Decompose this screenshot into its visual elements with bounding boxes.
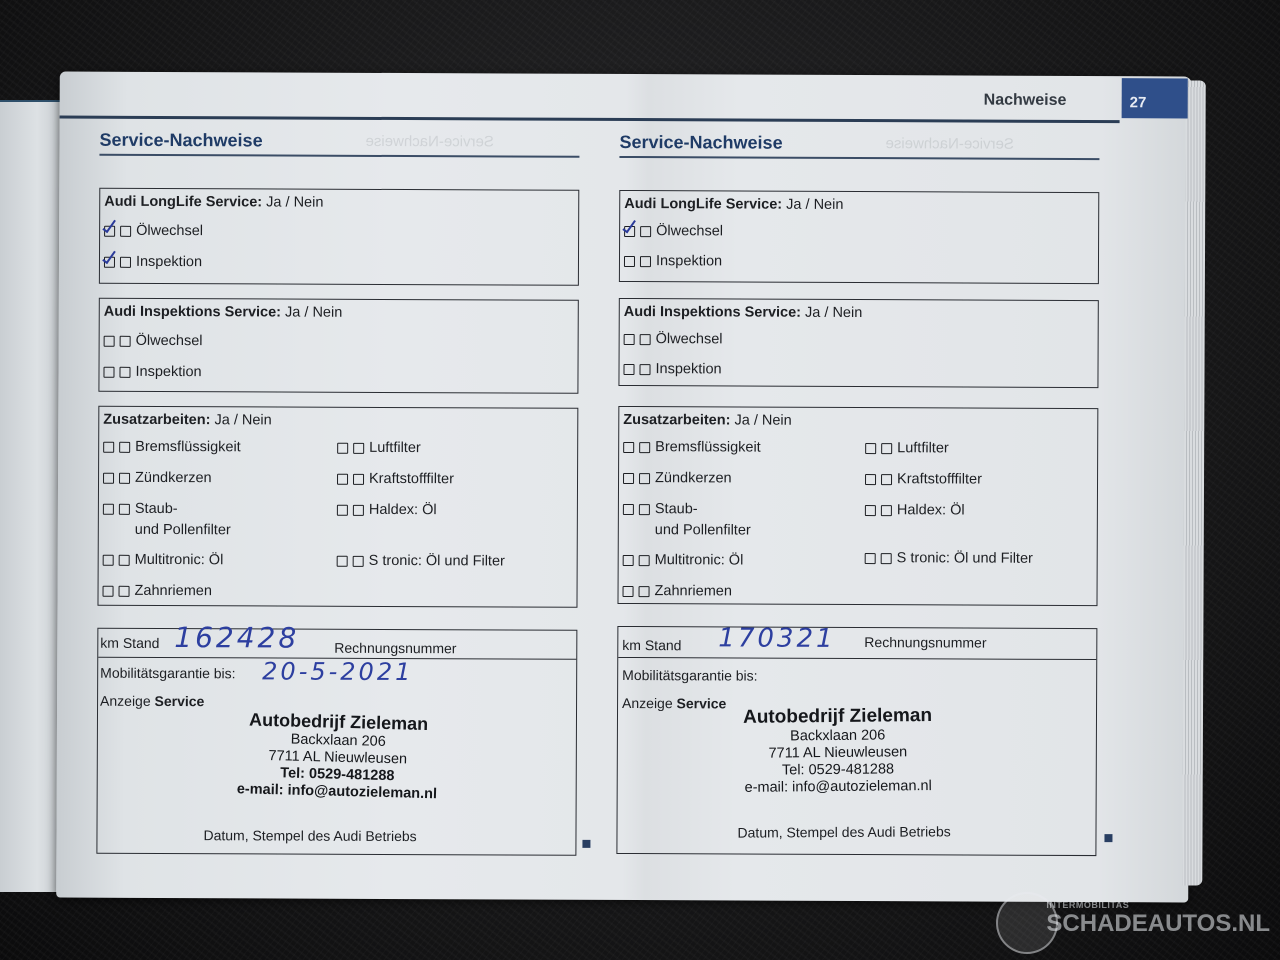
zusatz-item: Bremsflüssigkeit	[623, 437, 761, 459]
longlife-title: Audi LongLife Service: Ja / Nein	[104, 194, 323, 211]
nein-checkbox[interactable]	[120, 335, 131, 346]
stamp-footer: Datum, Stempel des Audi Betriebs	[737, 823, 950, 840]
ja-checkbox[interactable]	[103, 555, 114, 566]
item-label: Luftfilter	[897, 438, 949, 459]
nein-checkbox[interactable]	[119, 555, 130, 566]
longlife-inspektion-row: Inspektion	[624, 253, 722, 269]
section-rule	[99, 154, 579, 158]
item-label: Luftfilter	[369, 438, 421, 459]
service-record-box: km Stand 162428 Rechnungsnummer Mobilitä…	[96, 628, 577, 856]
item-label: Multitronic: Öl	[655, 550, 744, 571]
bleed-through-text: Service-Nachweise	[885, 135, 1013, 153]
ja-checkbox[interactable]	[623, 504, 634, 515]
nein-checkbox[interactable]	[639, 364, 650, 375]
item-label: Zündkerzen	[135, 468, 212, 489]
ja-checkbox[interactable]	[104, 225, 115, 236]
item-label: Zündkerzen	[655, 468, 732, 489]
longlife-oelwechsel-row: Ölwechsel	[624, 223, 723, 239]
service-booklet: Nachweise 27 Service-Nachweise Service-N…	[56, 72, 1192, 903]
ja-checkbox[interactable]	[624, 333, 635, 344]
ja-checkbox[interactable]	[865, 553, 876, 564]
ja-checkbox[interactable]	[104, 256, 115, 267]
item-label: Ölwechsel	[136, 333, 203, 349]
zusatz-item: Multitronic: Öl	[103, 550, 224, 572]
mobility-label: Mobilitätsgarantie bis:	[100, 665, 235, 682]
zusatz-title: Zusatzarbeiten: Ja / Nein	[103, 412, 271, 429]
ja-checkbox[interactable]	[623, 363, 634, 374]
nein-checkbox[interactable]	[353, 474, 364, 485]
zusatz-item: Kraftstofffilter	[865, 469, 982, 491]
ja-checkbox[interactable]	[337, 556, 348, 567]
nein-checkbox[interactable]	[881, 505, 892, 516]
zusatz-title: Zusatzarbeiten: Ja / Nein	[623, 412, 791, 429]
zusatz-item: Zahnriemen	[102, 581, 211, 602]
nein-checkbox[interactable]	[639, 442, 650, 453]
item-label: Inspektion	[136, 254, 202, 270]
longlife-oelwechsel-row: Ölwechsel	[104, 223, 203, 239]
mobility-label: Mobilitätsgarantie bis:	[622, 667, 757, 684]
item-label: Ölwechsel	[136, 223, 203, 239]
zusatz-items: Bremsflüssigkeit Zündkerzen Staub- und P…	[103, 437, 573, 439]
item-label: Multitronic: Öl	[135, 550, 224, 571]
inspektions-service-box: Audi Inspektions Service: Ja / Nein Ölwe…	[618, 298, 1098, 388]
section-rule	[619, 156, 1099, 160]
invoice-label: Rechnungsnummer	[864, 634, 986, 651]
zusatz-item: Luftfilter	[865, 438, 949, 459]
nein-checkbox[interactable]	[119, 442, 130, 453]
end-marker	[1104, 834, 1112, 842]
zusatzarbeiten-box: Zusatzarbeiten: Ja / Nein Bremsflüssigke…	[97, 406, 578, 608]
item-label: Haldex: Öl	[897, 500, 965, 521]
section-title: Service-Nachweise	[99, 130, 262, 152]
item-label: Haldex: Öl	[369, 500, 437, 521]
zusatz-item: Kraftstofffilter	[337, 469, 454, 491]
previous-page-edge	[0, 100, 62, 892]
zusatz-item: S tronic: Öl und Filter	[337, 551, 505, 573]
ja-checkbox[interactable]	[624, 225, 635, 236]
item-label: S tronic: Öl und Filter	[369, 551, 505, 573]
end-marker	[582, 840, 590, 848]
zusatz-item: Zahnriemen	[622, 581, 731, 602]
nein-checkbox[interactable]	[119, 473, 130, 484]
ja-checkbox[interactable]	[337, 474, 348, 485]
ja-checkbox[interactable]	[865, 443, 876, 454]
ja-checkbox[interactable]	[865, 505, 876, 516]
nein-checkbox[interactable]	[353, 505, 364, 516]
stamp-footer: Datum, Stempel des Audi Betriebs	[203, 827, 416, 844]
km-label: km Stand	[100, 635, 159, 651]
ja-checkbox[interactable]	[104, 335, 115, 346]
ja-checkbox[interactable]	[623, 586, 634, 597]
inspektions-oelwechsel-row: Ölwechsel	[104, 333, 203, 349]
section-title: Service-Nachweise	[619, 132, 782, 154]
nein-checkbox[interactable]	[119, 366, 130, 377]
item-label: Bremsflüssigkeit	[135, 437, 241, 458]
zusatz-item: Staub- und Pollenfilter	[623, 499, 751, 542]
nein-checkbox[interactable]	[120, 256, 131, 267]
item-label: S tronic: Öl und Filter	[897, 548, 1033, 570]
nein-checkbox[interactable]	[353, 443, 364, 454]
watermark-tagline: INTERMOBILITAS	[1046, 900, 1270, 910]
ja-checkbox[interactable]	[337, 505, 348, 516]
nein-checkbox[interactable]	[119, 586, 130, 597]
zusatz-item: Zündkerzen	[103, 468, 212, 489]
item-label: Bremsflüssigkeit	[655, 437, 761, 458]
nein-checkbox[interactable]	[881, 553, 892, 564]
nein-checkbox[interactable]	[639, 586, 650, 597]
mobility-date-handwritten: 20-5-2021	[262, 657, 413, 686]
ja-checkbox[interactable]	[103, 586, 114, 597]
item-label: Zahnriemen	[654, 581, 731, 602]
zusatzarbeiten-box: Zusatzarbeiten: Ja / Nein Bremsflüssigke…	[617, 406, 1098, 606]
zusatz-item: Haldex: Öl	[337, 500, 437, 521]
zusatz-item: Bremsflüssigkeit	[103, 437, 241, 459]
header-title: Nachweise	[984, 92, 1067, 110]
ja-checkbox[interactable]	[623, 555, 634, 566]
ja-checkbox[interactable]	[337, 443, 348, 454]
longlife-inspektion-row: Inspektion	[104, 254, 202, 270]
inspektions-title: Audi Inspektions Service: Ja / Nein	[624, 304, 863, 321]
nein-checkbox[interactable]	[639, 473, 650, 484]
ja-checkbox[interactable]	[103, 473, 114, 484]
zusatz-items: Bremsflüssigkeit Zündkerzen Staub- und P…	[623, 437, 1093, 439]
page-number: 27	[1122, 78, 1188, 118]
nein-checkbox[interactable]	[639, 555, 650, 566]
item-label: Inspektion	[135, 364, 201, 380]
zusatz-item: Multitronic: Öl	[623, 550, 744, 572]
globe-icon	[996, 892, 1058, 954]
ja-checkbox[interactable]	[103, 504, 114, 515]
header-rule	[60, 116, 1120, 124]
longlife-service-box: Audi LongLife Service: Ja / Nein Ölwechs…	[99, 188, 579, 286]
bleed-through-text: Service-Nachweise	[365, 133, 493, 151]
item-label: Staub- und Pollenfilter	[655, 499, 751, 541]
dealer-stamp: Autobedrijf Zieleman Backxlaan 206 7711 …	[687, 704, 988, 797]
inspektions-title: Audi Inspektions Service: Ja / Nein	[104, 304, 343, 321]
nein-checkbox[interactable]	[881, 474, 892, 485]
longlife-service-box: Audi LongLife Service: Ja / Nein Ölwechs…	[619, 190, 1099, 284]
nein-checkbox[interactable]	[881, 443, 892, 454]
zusatz-item: Zündkerzen	[623, 468, 732, 489]
nein-checkbox[interactable]	[640, 334, 651, 345]
invoice-label: Rechnungsnummer	[334, 640, 456, 657]
display-label: Anzeige Service	[100, 693, 204, 709]
dealer-email: e-mail: info@autozieleman.nl	[688, 777, 988, 797]
item-label: Ölwechsel	[656, 331, 723, 347]
item-label: Zahnriemen	[134, 581, 211, 602]
nein-checkbox[interactable]	[119, 504, 130, 515]
zusatz-item: Staub- und Pollenfilter	[103, 499, 231, 542]
ja-checkbox[interactable]	[623, 442, 634, 453]
nein-checkbox[interactable]	[640, 226, 651, 237]
ja-checkbox[interactable]	[103, 366, 114, 377]
ja-checkbox[interactable]	[623, 473, 634, 484]
inspektions-inspektion-row: Inspektion	[623, 361, 721, 377]
longlife-title: Audi LongLife Service: Ja / Nein	[624, 196, 843, 213]
zusatz-item: S tronic: Öl und Filter	[865, 548, 1033, 570]
inspektions-oelwechsel-row: Ölwechsel	[624, 331, 723, 347]
row-divider	[618, 657, 1096, 660]
item-label: Kraftstofffilter	[897, 469, 982, 490]
dealer-stamp: Autobedrijf Zieleman Backxlaan 206 7711 …	[207, 708, 469, 804]
item-label: Inspektion	[655, 361, 721, 377]
dealer-name: Autobedrijf Zieleman	[687, 704, 987, 729]
item-label: Inspektion	[656, 253, 722, 269]
item-label: Staub- und Pollenfilter	[135, 499, 231, 541]
inspektions-service-box: Audi Inspektions Service: Ja / Nein Ölwe…	[98, 298, 578, 394]
nein-checkbox[interactable]	[639, 504, 650, 515]
ja-checkbox[interactable]	[865, 474, 876, 485]
nein-checkbox[interactable]	[640, 256, 651, 267]
nein-checkbox[interactable]	[353, 556, 364, 567]
ja-checkbox[interactable]	[624, 255, 635, 266]
watermark-brand: SCHADEAUTOS.NL	[1046, 910, 1270, 938]
km-value-handwritten: 170321	[718, 623, 835, 654]
item-label: Ölwechsel	[656, 223, 723, 239]
watermark: INTERMOBILITAS SCHADEAUTOS.NL	[996, 900, 1270, 938]
ja-checkbox[interactable]	[103, 442, 114, 453]
nein-checkbox[interactable]	[120, 225, 131, 236]
km-value-handwritten: 162428	[174, 621, 299, 655]
zusatz-item: Luftfilter	[337, 438, 421, 459]
item-label: Kraftstofffilter	[369, 469, 454, 490]
service-record-box: km Stand 170321 Rechnungsnummer Mobilitä…	[616, 626, 1097, 856]
inspektions-inspektion-row: Inspektion	[103, 364, 201, 380]
km-label: km Stand	[622, 637, 681, 653]
zusatz-item: Haldex: Öl	[865, 500, 965, 521]
page-stack-edge	[1182, 80, 1206, 885]
